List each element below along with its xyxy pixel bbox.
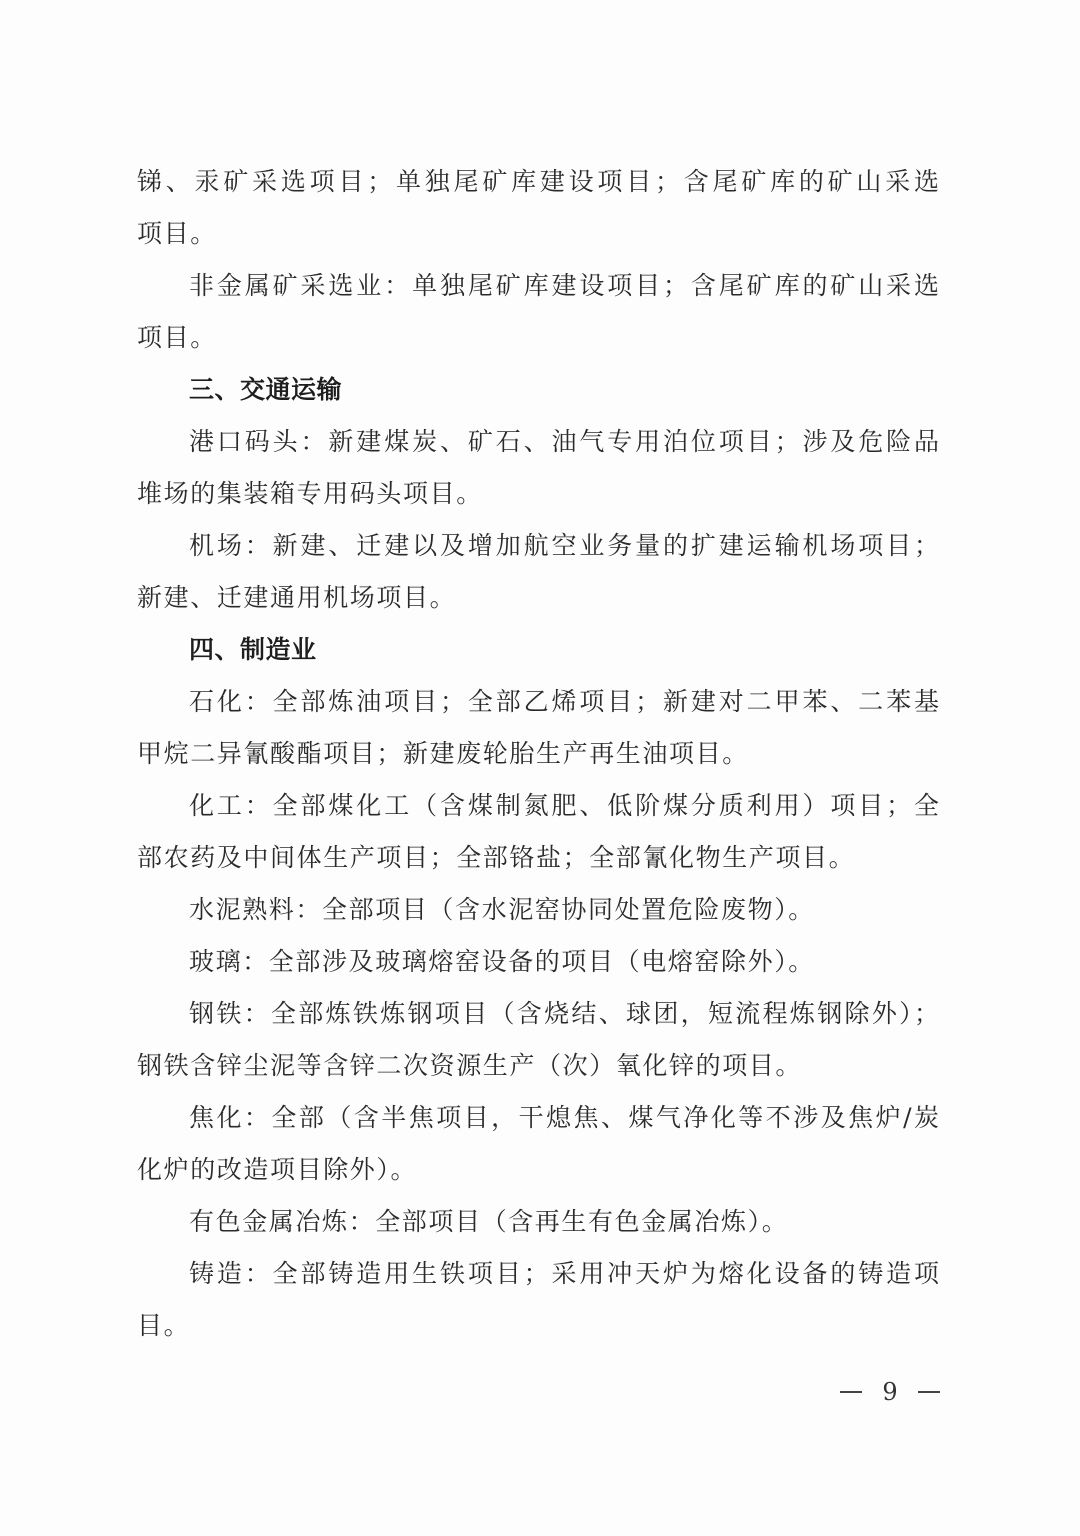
text-line: 机场：新建、迁建以及增加航空业务量的扩建运输机场项目； [189, 526, 939, 566]
dash-right [918, 1391, 940, 1393]
section-heading: 三、交通运输 [189, 370, 939, 410]
page-number: 9 [882, 1372, 897, 1412]
text-line: 港口码头：新建煤炭、矿石、油气专用泊位项目；涉及危险品 [189, 422, 939, 462]
text-line: 新建、迁建通用机场项目。 [137, 578, 939, 618]
text-line: 堆场的集装箱专用码头项目。 [137, 474, 939, 514]
page-number-footer: 9 [840, 1372, 940, 1412]
section-heading: 四、制造业 [189, 630, 939, 670]
text-line: 水泥熟料：全部项目（含水泥窑协同处置危险废物）。 [189, 890, 939, 930]
text-line: 钢铁含锌尘泥等含锌二次资源生产（次）氧化锌的项目。 [137, 1046, 939, 1086]
text-line: 甲烷二异氰酸酯项目；新建废轮胎生产再生油项目。 [137, 734, 939, 774]
text-line: 铸造：全部铸造用生铁项目；采用冲天炉为熔化设备的铸造项 [189, 1254, 939, 1294]
document-page: 锑、汞矿采选项目；单独尾矿库建设项目；含尾矿库的矿山采选项目。非金属矿采选业：单… [0, 0, 1080, 1536]
dash-left [840, 1391, 862, 1393]
text-line: 项目。 [137, 318, 939, 358]
text-line: 焦化：全部（含半焦项目，干熄焦、煤气净化等不涉及焦炉/炭 [189, 1098, 939, 1138]
text-line: 化工：全部煤化工（含煤制氮肥、低阶煤分质利用）项目；全 [189, 786, 939, 826]
text-line: 有色金属冶炼：全部项目（含再生有色金属冶炼）。 [189, 1202, 939, 1242]
text-line: 锑、汞矿采选项目；单独尾矿库建设项目；含尾矿库的矿山采选 [137, 162, 939, 202]
text-line: 石化：全部炼油项目；全部乙烯项目；新建对二甲苯、二苯基 [189, 682, 939, 722]
text-line: 玻璃：全部涉及玻璃熔窑设备的项目（电熔窑除外）。 [189, 942, 939, 982]
text-line: 钢铁：全部炼铁炼钢项目（含烧结、球团，短流程炼钢除外）； [189, 994, 939, 1034]
text-line: 非金属矿采选业：单独尾矿库建设项目；含尾矿库的矿山采选 [189, 266, 939, 306]
text-line: 部农药及中间体生产项目；全部铬盐；全部氰化物生产项目。 [137, 838, 939, 878]
text-line: 项目。 [137, 214, 939, 254]
text-line: 化炉的改造项目除外）。 [137, 1150, 939, 1190]
text-line: 目。 [137, 1306, 939, 1346]
